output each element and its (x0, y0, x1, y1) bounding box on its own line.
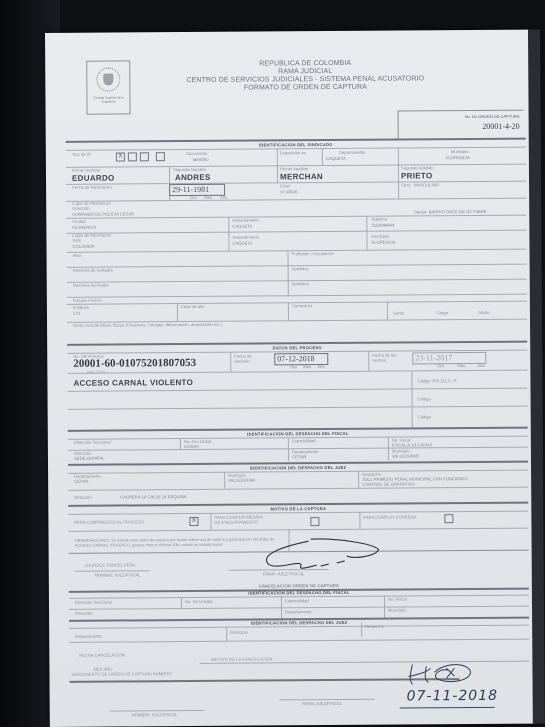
divider (180, 438, 181, 449)
logo-caption: Consejo Superior de la Judicatura (89, 95, 127, 103)
divider (68, 511, 528, 515)
cancel-judge-dept-label: Departamento (75, 634, 102, 639)
mother-name-label: Nombres de la Madre (73, 268, 113, 273)
offense-value: ACCESO CARNAL VIOLENTO (73, 378, 193, 388)
expedition-municipality-label: Municipio (451, 149, 469, 154)
judge-name-label: NOMBRE JUEZ/FISCAL (95, 572, 141, 577)
blind-label: Ciego (437, 310, 448, 315)
order-number-box: No. De ORDEN DE CAPTURA 20001-4-20 (398, 110, 524, 140)
city-value: FLORENCIA (72, 225, 96, 230)
doc-type-checkbox-cc[interactable]: X (116, 152, 125, 161)
mute-label: Mudo (479, 310, 490, 315)
handwritten-date: 07-11-2018 (407, 688, 498, 705)
divider (288, 302, 289, 320)
specialty-label: Especialidad (292, 438, 316, 443)
first-name-value: EDUARDO (72, 174, 115, 183)
code-1: Código 205-211 C. P. (417, 378, 456, 383)
cancel-municipality-label: Municipio (388, 607, 406, 612)
judge-municipality-value: VALLEDUPAR (228, 478, 255, 483)
divider (68, 528, 528, 532)
divider (368, 351, 369, 371)
document-label: Documento (186, 151, 207, 156)
divider (398, 148, 399, 199)
divider (228, 217, 229, 251)
code-2: Código (418, 396, 431, 401)
reason-sentence-checkbox[interactable] (444, 514, 453, 523)
cancel-signature-label: FIRMA JUEZ/FISCAL (302, 701, 342, 706)
decision-year-label: Año (317, 364, 324, 369)
prosecutor-address-value: SEDE OLIMPIA (74, 456, 104, 461)
court-address-value: CARRERA 14 CALLE 14 ESQUINA (120, 494, 186, 499)
signature-label: FIRMA JUEZ/ FISCAL (263, 571, 304, 576)
prosecutor-direction-label: Dirección Seccional (74, 440, 111, 445)
reason-appear-label: PARA COMPARECER AL PROCESO (74, 519, 144, 524)
address-label: Dirección (72, 206, 90, 211)
facts-day-label: Día (437, 363, 444, 368)
divider (226, 627, 227, 641)
cancel-unit-label: No. De Unidad (185, 599, 213, 604)
reason-sentence-label: PARA CUMPLIR CONDENA (363, 514, 416, 519)
handwritten-signature (404, 660, 479, 689)
doc-type-label: Tipo de ID (72, 152, 91, 157)
age-value: 37 AÑOS (280, 189, 298, 194)
cancel-judge-municipality-label: Municipio (230, 630, 248, 635)
divider (181, 597, 182, 608)
cancel-specialty-label: Especialidad (285, 598, 309, 603)
judge-name-value: LOURDES TONCEL PEÑA (85, 562, 136, 567)
residence-dept-value: CAQUETA (232, 224, 252, 229)
coat-of-arms-icon (96, 67, 120, 91)
divider (67, 388, 527, 392)
cancel-prosecutor-number-label: No. Fiscal (388, 596, 407, 601)
sex-value: MASCULINO (414, 182, 439, 187)
judge-dept-value: CESAR (74, 479, 88, 484)
judicial-council-logo: Consejo Superior de la Judicatura (86, 60, 130, 114)
divider (177, 303, 178, 321)
facts-year-label: Año (477, 363, 484, 368)
divider (224, 472, 225, 489)
decision-date-label: Fecha de decisión (234, 354, 259, 364)
divider (322, 148, 323, 165)
divider (359, 512, 360, 529)
expedition-dept-label: Departamento (339, 150, 366, 155)
court-value-line2: CONTROL DE GARANTIAS (362, 481, 415, 486)
divider (411, 370, 412, 428)
prosecutor-municipality-value: VALLEDUPAR (392, 453, 419, 458)
divider (210, 513, 211, 530)
facts-month-label: Mes (457, 363, 465, 368)
first-surname-value: MERCHAN (280, 172, 323, 181)
birth-dept-label: Departamento (232, 235, 259, 240)
phone-value: 3113944844 (371, 223, 394, 228)
deaf-label: Sordo (393, 310, 404, 315)
divider (358, 471, 359, 488)
reason-measure-checkbox[interactable] (310, 517, 319, 526)
decision-month-label: Mes (303, 364, 311, 369)
expedition-dept-value: CAQUETA (326, 156, 346, 161)
height-label: Estatura (73, 305, 89, 310)
divider (67, 370, 527, 374)
other-traits-label: Otras características físicas (Cicatrice… (73, 322, 222, 328)
divider (230, 352, 231, 372)
father-surname-label: Apellidos (292, 281, 309, 286)
cancel-direction-label: Dirección Seccional (75, 600, 112, 605)
court-address-label: Dirección (74, 495, 92, 500)
cancel-date-label: FECHA CANCELACION (79, 652, 124, 657)
cancel-address-label: Dirección (75, 611, 93, 616)
alias-label: Alias (73, 253, 82, 258)
build-label: Contextura (292, 303, 313, 308)
code-3: Código (418, 414, 431, 419)
second-name-label: Segundo Nombre (173, 167, 206, 172)
decision-day-label: Día (290, 364, 297, 369)
divider (387, 302, 388, 320)
divider (69, 639, 529, 643)
capture-order-form: Consejo Superior de la Judicatura REPUBL… (45, 30, 535, 727)
divider (66, 215, 526, 219)
expedition-municipality-value: FLORENCIA (446, 155, 470, 160)
facts-date-field[interactable]: 23-11-2017 (412, 352, 486, 365)
divider (288, 250, 289, 295)
divider (66, 230, 526, 234)
mother-surname-label: Apellidos (292, 266, 309, 271)
country-label: País (72, 238, 80, 243)
height-value: 170 (73, 311, 80, 316)
divider (68, 406, 528, 410)
doc-type-checkbox-ti[interactable] (128, 152, 137, 161)
birth-dept-value: CAQUETA (232, 241, 252, 246)
facts-date-label: Fecha de los hechos (372, 353, 397, 363)
divider (66, 181, 526, 185)
order-number-value: 20001-4-20 (482, 122, 519, 131)
expiry-label: VENCIMIENTO DE ORDEN DE CAPTURA NUMERO (71, 671, 171, 677)
prosecutor-dept-value: CESAR (292, 454, 306, 459)
document-value: Ident/No (193, 157, 209, 162)
birth-date-label: Fecha de Nacimiento (72, 185, 112, 190)
cancel-name-label: NOMBRE JUEZ/FISCAL (132, 712, 178, 717)
first-name-label: Primer Nombre (72, 168, 100, 173)
residence-dept-label: Departamento (232, 218, 259, 223)
age-label: Edad (280, 183, 290, 188)
address-value: COMANDO DE POLICIA CESAR (72, 211, 134, 216)
divider (66, 198, 526, 202)
phone-label: Teléfono (371, 217, 387, 222)
doc-type-checkbox-other[interactable] (156, 152, 165, 161)
doc-type-checkbox-ce[interactable] (140, 152, 149, 161)
reason-appear-checkbox[interactable]: X (189, 517, 198, 526)
divider (68, 470, 528, 474)
city-label: Ciudad (72, 219, 85, 224)
expedition-label: Expedición en (280, 150, 306, 155)
divider (70, 678, 460, 683)
divider (361, 623, 362, 637)
second-name-value: ANDRES (175, 173, 211, 182)
birth-municipality-label: Municipio (371, 234, 389, 239)
divider (68, 487, 528, 491)
father-name-label: Nombres del Padre (73, 283, 109, 288)
skin-color-label: Color de piel (181, 304, 205, 309)
occupation-label: Profesión u Ocupación (292, 251, 334, 256)
second-surname-value: PRIETO (401, 171, 432, 180)
physical-traits-label: Rasgos Físicos (73, 298, 102, 303)
order-number-label: No. De ORDEN DE CAPTURA (465, 114, 520, 119)
handwritten-underline (400, 707, 495, 709)
cancel-court-label: Despacho (365, 624, 384, 629)
form-header: REPUBLICA DE COLOMBIA RAMA JUDICIAL CENT… (155, 59, 455, 93)
process-number-value: 20001-60-01075201807053 (73, 357, 196, 370)
second-surname-label: Segundo Apellido (401, 165, 434, 170)
country-value: COLOMBIA (72, 244, 94, 249)
sex-label: Sexo (401, 182, 411, 187)
cancel-reason-label: MOTIVO DE LA CANCELACIÓN (211, 656, 272, 661)
divider (366, 216, 367, 250)
divider (67, 294, 527, 298)
reason-measure-label-2: DE ASEGURAMIENTO (214, 520, 257, 525)
sector-value: Sector: BARRIO DOCE DE OCTUBRE (414, 209, 486, 215)
cancel-dept-label: Departamento (285, 609, 312, 614)
divider (69, 625, 529, 629)
birth-municipality-value: FLORENCIA (371, 240, 395, 245)
first-surname-label: Primer Apellido (280, 166, 308, 171)
